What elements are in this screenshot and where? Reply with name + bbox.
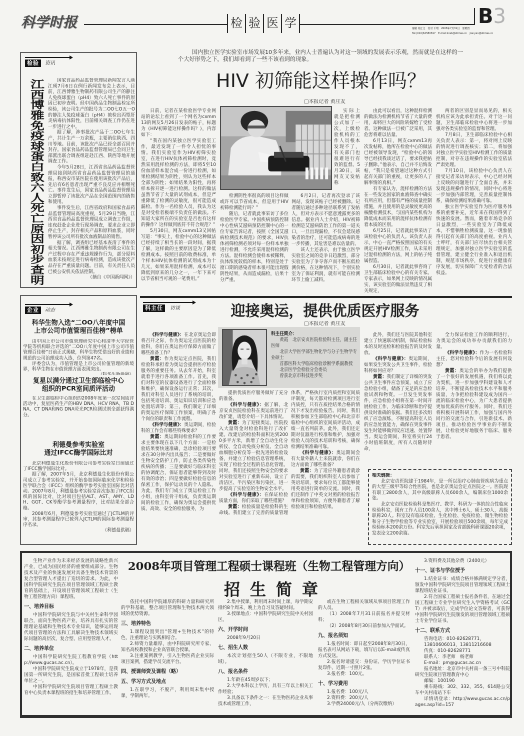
ad-column-4: 或在生物工程相关领域从事项目管理工作的人员。 （1）2008年7月31日前报名并… bbox=[318, 599, 410, 712]
qa-paragraph: 此外，我们还与医院其他科室建立了快速联动机制，保证检验标本的及时送检和检验报告的… bbox=[364, 332, 432, 356]
masthead-rule-left bbox=[84, 24, 227, 25]
hiv-headline: HIV 初筛能这样操作吗？ bbox=[215, 70, 427, 92]
tag-rule bbox=[25, 304, 70, 305]
qa-paragraph: 《科学与健康》：在北京奥运会即将召开之际，作为奥运定点医院的检验科，你们在奥运医… bbox=[141, 332, 216, 356]
ad-column-2: 依托中国科学院雄厚的科研力量和研究所的学科基础，整合项目管理和生物技术两大领域的… bbox=[121, 599, 214, 712]
section-title: 检 验 医 学 bbox=[227, 14, 300, 33]
director-profile-text: 科主任简介： 黄霞 北京安贞医院检验科主任，副主任医师 北京大学医学部生物化学与… bbox=[271, 331, 358, 386]
lab-technician-photo bbox=[220, 106, 332, 190]
page-number: B3 bbox=[474, 8, 506, 25]
ad-section-heading: 七、招生人数 bbox=[218, 645, 313, 652]
paragraph: 1.在职学习，不脱产，利用周末集中授课，学制两年。 bbox=[121, 687, 214, 699]
paragraph: 评委会认为，市值管理是上市公司价值管理的新境界，科华生物在市值管理方面表现突出。 bbox=[23, 361, 134, 372]
newspaper-page: 科学时报 检 验 医 学 B3 编辑 吴红文 校对 王明 2008年7月31日 … bbox=[0, 0, 524, 736]
paragraph: 6月30日，记者就此事咨询了卫生部临床检验中心的有关专家。专家表示，如果网上反映… bbox=[364, 264, 432, 294]
paragraph: 据了解，调查组已经基本查清了事件的相关情况。江西博雅生物制药有限公司在生产过程中… bbox=[48, 240, 135, 275]
paragraph: 1.结业证书：成绩合格并修满规定学分者，颁发中国科学院研究生院项目管理领域工程硕… bbox=[415, 576, 510, 594]
paragraph: 北京安贞医院检验科是集医疗、教学、科研为一体的综合性临床检验科室，现有工作人员1… bbox=[372, 502, 508, 537]
related-link-text: 相关链接： 北京安贞医院建于1984年，是一所以治疗心肺血管疾病为重点的大型三级… bbox=[372, 473, 508, 543]
page-digit: 3 bbox=[493, 4, 506, 28]
ad-section-heading: 十一、证书与学位授予 bbox=[415, 568, 510, 575]
company-headline-2: 复星以满分通过卫生部临检中心 组织的PCR室间质评活动 bbox=[22, 377, 135, 394]
paragraph: 北京安贞医院建于1984年，是一所以治疗心肺血管疾病为重点的大型三级甲等综合性医… bbox=[372, 479, 508, 502]
interview-column-4: 此外，我们还与医院其他科室建立了快速联动机制，保证检验标本的及时送检和检验报告的… bbox=[364, 332, 432, 465]
paragraph: 1.报名时间：即日起至2008年8月30日，报名表可从网站下载，填写后以E-ma… bbox=[318, 641, 410, 659]
paragraph: 据了解，2007年5月，北京利德曼生化股份有限公司成立了参考实验室，并开始参加国… bbox=[23, 472, 134, 511]
ad-column-5: 3.资料费及其他杂费（2400元） 十一、证书与学位授予 1.结业证书：成绩合格… bbox=[415, 558, 510, 712]
paragraph: 中国科学院研究生院与中关村生命科学园联合，面向生物医药产业，培养具有扎实的管理理… bbox=[24, 612, 118, 642]
profile-line: 黄霞 北京安贞医院检验科主任，副主任医师 bbox=[271, 337, 358, 349]
paragraph: 由此可以看出，这种混样检测的做法为检测机构节省了大量的费用，却将巨大的风险转嫁给… bbox=[364, 108, 432, 138]
paragraph: 两者的区别是显而易见的，相关机构应该为此承担责任。对于这一问题，卫生部临床检验中… bbox=[436, 108, 512, 132]
paragraph: 3.资料费及其他杂费（2400元） bbox=[415, 558, 510, 564]
qa-paragraph: 黄霞：为了迎接奥运，医院投入大量资金对检验科进行了改扩建。改建后的检验科面积达到… bbox=[219, 420, 288, 492]
ad-section-heading: 八、报名条件 bbox=[218, 669, 313, 676]
company-headline-3: 利德曼参考实验室 通过IFCC酶学国际比对 bbox=[22, 441, 135, 458]
ad-section-heading: 十、学习费用 bbox=[318, 681, 410, 688]
company-headline-1: 科华生物入选“二OO八年度中国 上市公司市值管理百佳榜”榜单 bbox=[22, 319, 135, 336]
qa-paragraph: 黄霞：为了适应外籍患者就诊的需要，我们组织科室人员参加了英语培训，要求每位员工都… bbox=[291, 468, 360, 510]
paragraph: 6月2日，记者再次登录了该网站，发现该帖子已经被删除。记者随后通过多种途径联系到… bbox=[292, 193, 361, 247]
ad-section-heading: 九、报名须知 bbox=[318, 633, 410, 640]
interview-column-5: 全力保证检验工作的顺利进行，为奥运会的成功举办贡献我们的力量。 《科学与健康》：… bbox=[436, 332, 512, 465]
tag-sublabel: 资讯 bbox=[45, 60, 55, 68]
masthead-rule-right bbox=[300, 24, 474, 25]
company-body-1: 由中国上市公司市值管理研究中心和清华大学经管学院等机构联合评选的“二OO八年度中… bbox=[23, 339, 134, 375]
qa-paragraph: 《科学与健康》：奥运期间，检验科的工作会有哪些特殊要求？ bbox=[141, 422, 216, 434]
section-char: 验 bbox=[245, 14, 263, 33]
paragraph: 6月25日，记者就此事采访了该检验中心的负责人。该负责人表示，中心一直严格按照国… bbox=[364, 228, 432, 264]
paragraph: 1.课程设置突出“管理+生物技术”的特色，注重理论与实践相结合。 bbox=[121, 629, 214, 641]
ad-section-heading: 六、开学时间 bbox=[218, 627, 313, 634]
paragraph: 5月30日，网友cxmm13又回帖写道：“事实上，检验中心的这种做法已经持续了相… bbox=[141, 228, 216, 282]
hiv-byline: □本报记者 黄庄友 bbox=[304, 99, 364, 105]
paragraph: 国家食品药品监督管理局新闻发言人颜江瑛7月6日在例行新闻发布会上表示，目前，江西… bbox=[48, 78, 135, 130]
paragraph: 中国科学院研究生院项目管理工程硕士教育中心负责本课程班的招生和培养管理工作。 bbox=[24, 684, 118, 696]
hiv-below-photo-columns: 检测阴性率很高的项目这样做或许可以节省成本，但是用于HIV初筛检测能行吗？” 随… bbox=[220, 193, 360, 292]
ad-section-heading: 五、学习方式及地点 bbox=[121, 679, 214, 686]
contact-line: 报名地址：北京市中关村南一条三号中科院研究生院项目管理教育中心 bbox=[415, 666, 510, 678]
paragraph: 7月8日，卫生部临床检验中心相关负责人表示：第一，将对网上反映的情况进行调查核实… bbox=[436, 132, 512, 168]
paragraph: 2.符合国家工程硕士报名条件者，在通过全国工程硕士专业学位研究生入学资格考试（G… bbox=[415, 594, 510, 624]
article-source: （利德曼供稿） bbox=[23, 528, 134, 534]
paragraph: 中国科学院研究生院工程教育学院（http://www.gucas.ac.cn）。 bbox=[24, 654, 118, 666]
section-char: 学 bbox=[281, 14, 299, 33]
company-body-3: 北京利德曼生化股份有限公司参考实验室日前通过了IFCC酶学国际比对。 据了解，2… bbox=[23, 461, 134, 542]
brief-headline: 江西博雅免疫球蛋白致六人死亡原因初步查明 bbox=[26, 79, 45, 289]
paragraph: 有专家认为，混样检测的方法在一些发达国家的血液筛查中确实有所应用，但都有严格的质… bbox=[364, 186, 432, 228]
paragraph: 独立医学实验室作为医疗服务体系的重要补充，近年来在我国得到了快速的发展。然而，随… bbox=[436, 204, 512, 276]
paragraph: 3.注重案例教学，引入生物医药企业实际项目案例，搭建学员交流平台。 bbox=[121, 653, 214, 665]
paragraph: 2.大学本科以上学历，具有三年以上相关工作经验； bbox=[218, 683, 313, 695]
profile-line: 北京大学医学部生物化学与分子生物学专业硕士 bbox=[271, 349, 358, 361]
qa-paragraph: 《科学与健康》：在保证检验质量方面，你们采取了哪些措施？ bbox=[219, 492, 288, 504]
tag-rule bbox=[143, 302, 193, 303]
qa-paragraph: 《科学与健康》：据了解，北京安贞医院检验科在奥运前进行了改扩建，请您介绍一下具体… bbox=[219, 402, 288, 420]
article-source: （科华生物供稿） bbox=[23, 373, 134, 375]
contact-line: 详情请登录：http://www.gucas.ac.cn/pages.asp?i… bbox=[415, 696, 510, 708]
interview-below-photo-columns: 提供优质医疗服务做好了充分的准备。 《科学与健康》：据了解，北京安贞医院检验科在… bbox=[219, 390, 360, 545]
paragraph: 2.报名时请提交：身份证、学历学位证书复印件、近期一寸照片2张。 bbox=[318, 659, 410, 671]
paragraph: 7月10日，该检验中心负责人在接受记者采访时表示，中心已经对网上反映的问题进行了… bbox=[436, 168, 512, 204]
qa-paragraph: 黄霞：奥运期间检验科的工作要求主要体现在以下几个方面：一是检验结果要快速准确，急… bbox=[141, 434, 216, 512]
qa-paragraph: 《科学与健康》：奥运期间会有大量外籍人士来院就诊，你们在这方面做了哪些准备？ bbox=[291, 450, 360, 468]
paragraph: 2008年6月，利德曼参考实验室通过了JCTLM的评审，其参考测量程序已被列入J… bbox=[23, 511, 134, 528]
tag-label: 企业 bbox=[25, 307, 41, 315]
paragraph: 2.集中授课，利用周末时间上课，每学期安排约8个周末，晚上为自习及答疑时间。 bbox=[218, 599, 313, 611]
paragraph: 今年5月28日，江西省食品药品监督管理局接到陕西省食品药品监督管理局的通报，称西… bbox=[48, 165, 135, 206]
paragraph: 依托中国科学院雄厚的科研力量和研究所的学科基础，整合项目管理和生物技术两大领域的… bbox=[121, 599, 214, 617]
tag-label: 科主任 bbox=[143, 305, 165, 313]
ad-section-heading: 十二、联系方式 bbox=[415, 628, 510, 635]
portrait-image bbox=[223, 330, 266, 385]
paragraph: 日前，记者在某检验医学专业网站的论坛上看到了一个网名为cxmm13的网友5月26… bbox=[141, 108, 216, 138]
tag-rule bbox=[25, 57, 70, 58]
masthead-info: 编辑 吴红文 校对 王明 2008年7月31日 星期四 Tel:(010)625… bbox=[412, 26, 518, 37]
hiv-side-column: 实际上就是把检测公式加了一次，上级检验机构的工作人员根本发现不了，有关部门也很难… bbox=[334, 108, 360, 190]
qa-paragraph: 提供优质医疗服务做好了充分的准备。 bbox=[219, 390, 288, 402]
paragraph: 3.学费24000元/人（分两次缴纳） bbox=[318, 701, 410, 707]
hiv-column-4: 由此可以看出，这种混样检测的做法为检测机构节省了大量的费用，却将巨大的风险转嫁给… bbox=[364, 108, 432, 294]
paragraph: 在卫生部临检中心组织的2008年度第一次室间质评活动中，复星医药生产的HBV D… bbox=[23, 396, 134, 417]
paragraph: 实际上就是把检测公式加了一次，上级检验机构的工作人员根本发现不了，有关部门也很难… bbox=[334, 108, 360, 186]
qa-paragraph: 全力保证检验工作的顺利进行，为奥运会的成功举办贡献我们的力量。 bbox=[436, 332, 512, 350]
qa-paragraph: 黄霞：我们制定了详细的突发公共卫生事件应急预案，成立了应急检验小组，储备了充足的… bbox=[364, 374, 432, 452]
ad-section-heading: 一、培养目标 bbox=[24, 604, 118, 611]
paragraph: 检测阴性率很高的项目这样做或许可以节省成本，但是用于HIV初筛检测能行吗？” bbox=[220, 193, 289, 211]
section-divider bbox=[140, 296, 512, 298]
paragraph: （2）2008年8月30日前参加入学面试。 bbox=[318, 623, 410, 629]
paragraph: 随后，记者就此事采访了多位检验医学专家。中国疾病预防控制中心性病艾滋病预防控制中… bbox=[220, 211, 289, 283]
paragraph: 生物产业作为未来经济发展的战略性新兴产业，已成为国民经济的重要组成部分。生物技术… bbox=[24, 558, 118, 600]
hiv-column-1: 日前，记者在某检验医学专业网站的论坛上看到了一个网名为cxmm13的网友5月26… bbox=[141, 108, 216, 294]
newspaper-logo: 科学时报 bbox=[21, 14, 77, 32]
section-char: 医 bbox=[263, 14, 281, 33]
hiv-column-5: 两者的区别是显而易见的，相关机构应该为此承担责任。对于这一问题，卫生部临床检验中… bbox=[436, 108, 512, 294]
interview-column-1: 《科学与健康》：在北京奥运会即将召开之际，作为奥运定点医院的检验科，你们在奥运医… bbox=[141, 332, 216, 545]
page-letter: B bbox=[478, 4, 493, 28]
section-char: 检 bbox=[227, 14, 245, 33]
contact-line: Tel:(010)62580817 E-mail:kxsb@stimes.cn … bbox=[412, 31, 518, 36]
ad-column-3: 2.集中授课，利用周末时间上课，每学期安排约8个周末，晚上为自习及答疑时间。 3… bbox=[218, 599, 313, 712]
paragraph: “我在国内某独立医学实验室工作，最近发现了一件令人担忧的事情。我们实验室作为HI… bbox=[141, 138, 216, 228]
paragraph: （1）2008年7月31日前报名并提交材料； bbox=[318, 611, 410, 623]
ad-section-heading: 三、培养特色 bbox=[121, 621, 214, 628]
paragraph: 3.报名费：100元。 bbox=[318, 671, 410, 677]
contact-line: 乘车路线：302、332、355、614路公交车中关村南站下车 bbox=[415, 684, 510, 696]
paragraph: 3.具备以下条件之一：在生物医药企业从事技术或管理工作， bbox=[218, 695, 313, 707]
tag-sublabel: 访谈 bbox=[170, 305, 180, 313]
paragraph: 据了解，涉事批次产品于二OO七年生产，共计生产一万余瓶，主要销往陕西、四川等地。… bbox=[48, 130, 135, 165]
brief-body: 国家食品药品监督管理局新闻发言人颜江瑛7月6日在例行新闻发布会上表示，目前，江西… bbox=[48, 78, 135, 284]
paragraph: 北京利德曼生化股份有限公司参考实验室日前通过了IFCC酶学国际比对。 bbox=[23, 461, 134, 472]
ad-section-heading: 四、授课师资及课程（略） bbox=[121, 669, 214, 676]
paragraph: 2008年9月20日 bbox=[218, 635, 313, 641]
ad-subtitle: 招生简章 bbox=[224, 580, 328, 599]
profile-line: 曾获北京市科技进步奖 bbox=[271, 373, 358, 379]
article-source: （摘自《中国新闻网》） bbox=[48, 275, 135, 281]
paragraph: 3.授课地点：中国科学院研究生院中关村园区。 bbox=[218, 611, 313, 623]
paragraph: 本次计划招生50人（不限专业，不限地域）。 bbox=[218, 653, 313, 665]
company-body-2: 在卫生部临检中心组织的2008年度第一次室间质评活动中，复星医药生产的HBV D… bbox=[23, 396, 134, 417]
lab-photo-image bbox=[221, 107, 331, 189]
qa-paragraph: 黄霞：作为奥运定点医院，我们检验科承担着为奥运会提供医疗检验服务的重要任务。从去… bbox=[141, 356, 216, 422]
lead-paragraph: 国内独立医学实验室市场发展10多年来，业内人士普遍认为对这一领域的发展表示乐观，… bbox=[178, 49, 463, 64]
interview-headline: 迎接奥运，提供优质医疗服务 bbox=[225, 303, 425, 321]
ad-section-heading: 二、培养单位 bbox=[24, 646, 118, 653]
ad-title: 2008年项目管理工程硕士课程班（生物工程管理方向） bbox=[126, 558, 412, 574]
paragraph: 6月13日，网友cxmm13再次发帖称，他所在检验中心的做法已经被领导发现，“检… bbox=[364, 138, 432, 186]
director-portrait-photo bbox=[222, 329, 267, 386]
qa-paragraph: 《科学与健康》：作为一名检验科主任，您对检验科今后的发展有何设想？ bbox=[436, 350, 512, 368]
paragraph: 由中国上市公司市值管理研究中心和清华大学经管学院等机构联合评选的“二OO八年度中… bbox=[23, 339, 134, 361]
paragraph: 中国科学院研究生院成立于1978年，是我国第一所研究生院，是国家首批工程硕士培养… bbox=[24, 666, 118, 684]
paragraph: 2.师资力量雄厚，由中科院研究所专家、知名高校教授和企业高管联合授课。 bbox=[121, 641, 214, 653]
tag-sublabel: 动态 bbox=[45, 307, 55, 315]
paragraph: 该人士还表示，由于独立医学实验室之间的竞争日趋激烈，部分实验室为了争夺客户而不断… bbox=[292, 247, 361, 283]
ad-column-1: 生物产业作为未来经济发展的战略性新兴产业，已成为国民经济的重要组成部分。生物技术… bbox=[24, 558, 118, 712]
tag-label: 检验 bbox=[25, 60, 41, 68]
paragraph: 或在生物工程相关领域从事项目管理工作的人员。 bbox=[318, 599, 410, 611]
qa-paragraph: 黄霞：奥运会的举办为我们提供了一个很好的发展机遇，我们将以此为契机，进一步加强学… bbox=[436, 368, 512, 440]
paragraph: 事件发生后，江西省政府和国家食品药品监督管理局高度重视，5月29日当晚，江西省食… bbox=[48, 206, 135, 241]
qa-paragraph: 《科学与健康》：奥运期间，如果发生突发公共卫生事件，检验科将如何应对？ bbox=[364, 356, 432, 374]
